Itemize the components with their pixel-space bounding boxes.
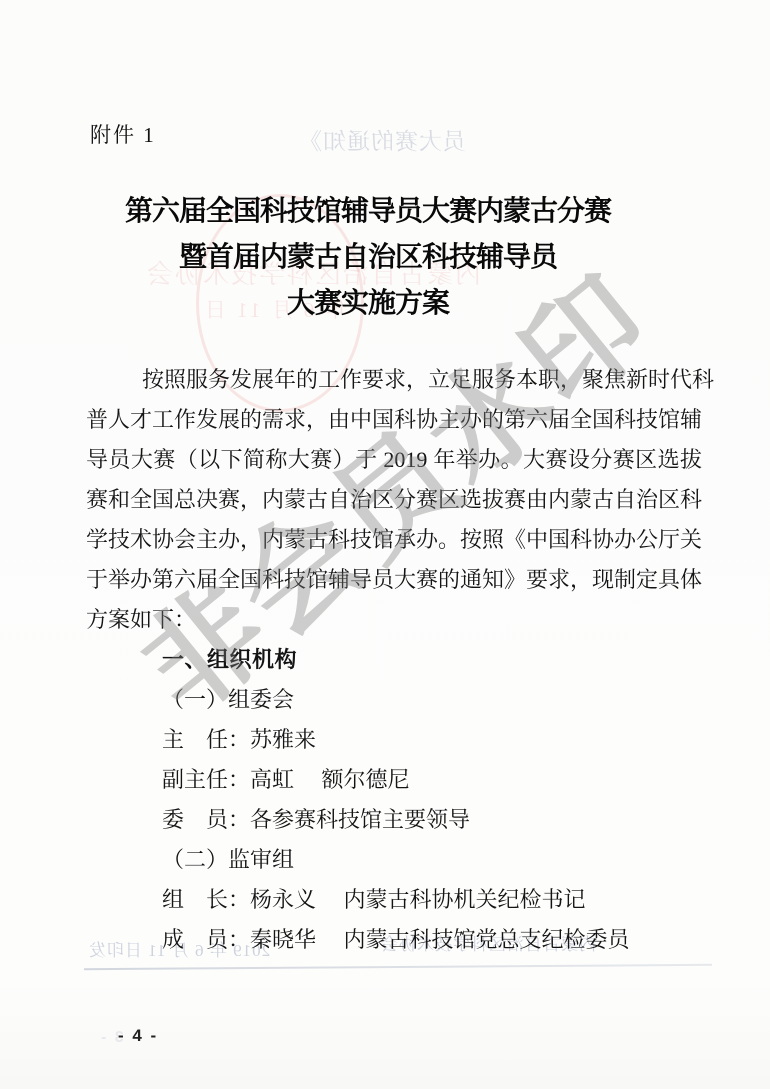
bleedthrough-top-text: 员大赛的通知》 (298, 123, 466, 156)
committee-deputy-line: 副主任：高虹 额尔德尼 (86, 760, 726, 800)
document-page: 员大赛的通知》 内蒙古自治区科学技术协会 年 6 月 11 日 内蒙古自治区科学… (0, 0, 770, 1089)
page-number: - 4 - (118, 1026, 158, 1046)
paragraph-line: 方案如下： (86, 600, 702, 640)
section-heading-organization: 一、组织机构 (86, 640, 726, 680)
bleedthrough-footer-rule (84, 964, 712, 970)
paragraph-line: 于举办第六届全国科技馆辅导员大赛的通知》要求，现制定具体 (86, 560, 702, 600)
title-line-2: 暨首届内蒙古自治区科技辅导员 (60, 235, 676, 281)
paragraph-line: 普人才工作发展的需求，由中国科协主办的第六届全国科技馆辅 (86, 400, 702, 440)
attachment-label: 附件 1 (90, 119, 156, 149)
body-paragraph: 按照服务发展年的工作要求，立足服务本职，聚焦新时代科 普人才工作发展的需求，由中… (86, 360, 702, 640)
title-line-3: 大赛实施方案 (60, 281, 676, 327)
paragraph-line: 学技术协会主办，内蒙古科技馆承办。按照《中国科协办公厅关 (86, 520, 702, 560)
document-title: 第六届全国科技馆辅导员大赛内蒙古分赛 暨首届内蒙古自治区科技辅导员 大赛实施方案 (60, 189, 676, 327)
committee-members-line: 委 员：各参赛科技馆主要领导 (86, 800, 726, 840)
title-line-1: 第六届全国科技馆辅导员大赛内蒙古分赛 (60, 189, 676, 235)
subsection-heading-committee: （一）组委会 (86, 680, 726, 720)
committee-director-line: 主 任：苏雅来 (86, 720, 726, 760)
subsection-heading-supervision: （二）监审组 (86, 840, 726, 880)
paragraph-line: 按照服务发展年的工作要求，立足服务本职，聚焦新时代科 (86, 360, 702, 400)
organization-section: 一、组织机构 （一）组委会 主 任：苏雅来 副主任：高虹 额尔德尼 委 员：各参… (86, 640, 726, 960)
paragraph-line: 导员大赛（以下简称大赛）于 2019 年举办。大赛设分赛区选拔 (86, 440, 702, 480)
paragraph-line: 赛和全国总决赛，内蒙古自治区分赛区选拔赛由内蒙古自治区科 (86, 480, 702, 520)
supervision-member-line: 成 员：秦晓华 内蒙古科技馆党总支纪检委员 (86, 920, 726, 960)
supervision-leader-line: 组 长：杨永义 内蒙古科协机关纪检书记 (86, 880, 726, 920)
